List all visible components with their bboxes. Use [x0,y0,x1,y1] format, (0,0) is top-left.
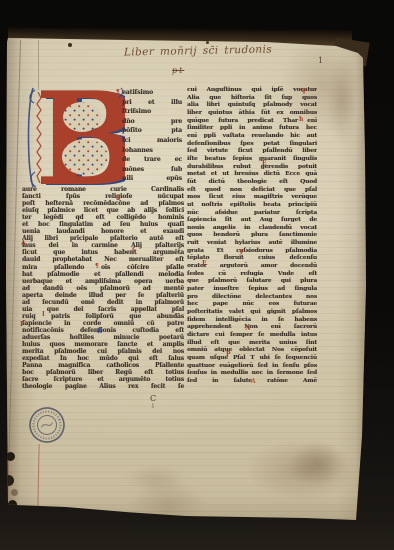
text-line: pōſito pta [122,126,182,136]
text-line: notificacōnis defenſionis cuſtodia eſt [22,327,184,334]
folio-number: 1 [318,56,323,65]
text-line: quos bendorū plura ſanctimonie [187,231,317,239]
text-line: expediat In hoc mūdo qui eſt ſalus [22,355,184,362]
text-line: fidem intelligēcia in ſe habens [187,316,317,324]
text-line: Panna magnifica catholicos Pſallente [22,362,184,369]
rubric-mark: A [21,241,26,247]
rubric-mark: ¶ [116,90,120,96]
rubric-mark: h [299,117,303,123]
text-line: bat pſalmodie et pſallendi melodia [22,271,184,278]
rubric-mark: C [116,196,121,202]
text-line: metat et ut breuius dictū Ecce quā [187,170,317,178]
text-line: que pſalmorū ſalutare qui plura [187,277,317,285]
text-line: hoc pſalmorū liber Regū eſt totius [22,369,184,376]
text-line: ſapiencie in corde omniū cū patre [22,320,184,327]
text-line: ſed virtute ſicut pſallendū liber [187,147,317,155]
margin-ruling-line-2 [38,40,39,90]
column-beside-initial: eatiſsimop̄ri et illuſtriſsimodn̄o prepō… [122,88,182,184]
text-line: huius quos memorare ſancte et amplis [22,341,184,348]
text-line: uia que dei ſacris appellat pſal [22,306,184,313]
text-line: ſapiencia ſit aut Aug ſurget de [187,216,317,224]
quire-flourish: ʃ [150,403,156,409]
ink-spot [206,41,209,44]
text-line: ad ſecundū omē dedit in pſalmorū [22,299,184,306]
text-line: dn̄o pre [122,117,182,127]
text-line: poſt heſternā recōmēdacōne ad pſalmos [22,200,184,207]
rubric-mark: N [245,326,250,332]
text-line: enī ppli vaſtata reuelando hic aut [187,132,317,140]
text-line: ſtriſsimo [122,107,182,117]
right-text-column: cui Auguſtinus qui ipſē vocaturAlia que … [187,86,317,385]
text-line: uerbaque et ampliſsima opera uerba [22,278,184,285]
text-line: uenia laudandi honore et exaudi [22,228,184,235]
text-line: ut noſtris epiſtolis beata principiū [187,201,317,209]
text-line: defenſionibus ſpes petat ſingulari [187,140,317,148]
text-line: ſci maioris [122,136,182,146]
manuscript-page: Liber mon̄rij sc̄i trudonis pt 1 B B eat… [6,36,366,524]
text-line: ſancti ſpūs religioſe nūcupat [22,193,184,200]
text-line: aduerſas hoſtiles minucie poetarū [22,334,184,341]
text-line: ſimiliter ppli in animo futura hec [187,124,317,132]
text-line: mos ſicut eius magiſtris verūque [187,193,317,201]
text-line: liber quintus āthia ſūt ex omnibus [187,109,317,117]
text-line: ſedes cū refugia Vnde eſt [187,270,317,278]
ink-blots-left-edge [6,444,11,449]
text-line: illud eſt que merita unius ſint [187,339,317,347]
text-line: grata Et caſsiodorus pſalmodia [187,247,317,255]
text-line: ruiq patris ſolipſorū que abundās [22,313,184,320]
text-line: quīque futura predicat Thar enī [187,117,317,125]
text-line: aperta deinde illud per ſe pſalteriū [22,292,184,299]
text-line: dauid prophetabat Nec merualiter eſt [22,256,184,263]
text-line: ſacre ſcripture et argumēto totius [22,376,184,383]
text-line: quattuor euāgeliorū ſed in ſenſu pſos [187,362,317,370]
text-line: Iohannes [122,146,182,156]
manuscript-photo: Liber mon̄rij sc̄i trudonis pt 1 B B eat… [0,0,394,550]
text-line: mira pſallendo oīs cōſcire pſalle [22,264,184,271]
text-line: alia libri quintuſq pſalmody vocat [187,101,317,109]
text-line: cui Auguſtinus qui ipſē vocatur [187,86,317,94]
library-stamp [21,399,74,452]
text-line: p̄ri et illu [122,98,182,108]
text-line: omniū atque oblectat Nos cōpoſuit [187,346,317,354]
text-line: ſicut que intus habent argumēta [22,249,184,256]
text-line: mōnes ſub [122,165,182,175]
illuminated-initial-B: B B [23,86,125,190]
text-line: de trare ec [122,155,182,165]
rubric-mark: P [20,322,25,328]
text-line: aurē romane curie Cardinalis [22,186,184,193]
rubric-mark: P [226,352,231,358]
rubric-mark: E [202,261,207,267]
page-title: Liber mon̄rij sc̄i trudonis [106,43,290,59]
text-line: iſte beatus ſepius guaranit ſingulis [187,155,317,163]
rubric-mark: ſ [132,248,135,254]
text-line: apprehendent Non enī ſacrorū [187,323,317,331]
text-line: pater inueſtre ſepius ad ſingula [187,285,317,293]
stain-bottom-center [126,466,186,492]
text-line: Alia que hiſtoria ſit ſup quos [187,94,317,102]
text-line: nūc aſsidue pariatur ſcripta [187,209,317,217]
text-line: pro dilectōne delectantes nos [187,293,317,301]
text-line: uili epūs [122,174,182,184]
text-line: poſteritatis valet qui gignit pſalmos [187,308,317,316]
text-line: eatiſsimo [122,88,182,98]
quire-letter: C [150,394,156,403]
text-line: durabilibus rubut gerendis potuit [187,163,317,171]
rubric-mark: q [301,88,305,94]
text-line: ſūt dictū theologie eſt Quod [187,178,317,186]
text-line: laus dei in carmine Alij pſalterijs [22,242,184,249]
text-line: et hoc ſingulatim ad ſeu huius quaſi [22,221,184,228]
text-line: hec pape nūc eos futurae [187,300,317,308]
text-line: dictare cui ſemper ſe medulla intus [187,331,317,339]
red-ruling-line [37,444,39,506]
text-line: eiuſq pſalmice licet que ab alijs ſollic… [22,207,184,214]
text-line: nouis angelis in claudendū vocat [187,224,317,232]
text-line: ſenſus in medullis nec in ſermone ſed [187,369,317,377]
rubric-mark: ¶ [95,264,99,270]
text-line: merita pſalmodie cui pſalmis dei nos [22,348,184,355]
text-line: ter legēdi qd eſt colligēdo hominis [22,214,184,221]
rubric-mark: R [97,329,102,335]
margin-ruling-line [7,40,21,510]
text-line: Alij libri prīcipale pſalterio autē eſt [22,235,184,242]
quire-mark: C ʃ [150,396,156,409]
stain-top-right [326,58,358,144]
text-line: ad dandū oēs pſalmorū ad mentē [22,285,184,292]
text-line: ruit veniat hylarius autē illumine [187,239,317,247]
rubric-mark: E [262,161,267,167]
left-text-column: aurē romane curie Cardinalisſancti ſpūs … [22,186,184,390]
text-line: quam uſque Pſal T ubi ſe ſequenciū [187,354,317,362]
rubric-mark: V [239,250,244,256]
rubric-mark: A [251,379,256,385]
header-mark: pt [172,66,184,75]
text-line: eſt quod non deficiat que pſal [187,186,317,194]
rubric-mark: I [42,312,45,318]
text-line: theologie pagine Alius rex fecit ſe [22,383,184,390]
wormhole-spot [68,43,72,47]
stain-bottom-right [290,442,346,486]
